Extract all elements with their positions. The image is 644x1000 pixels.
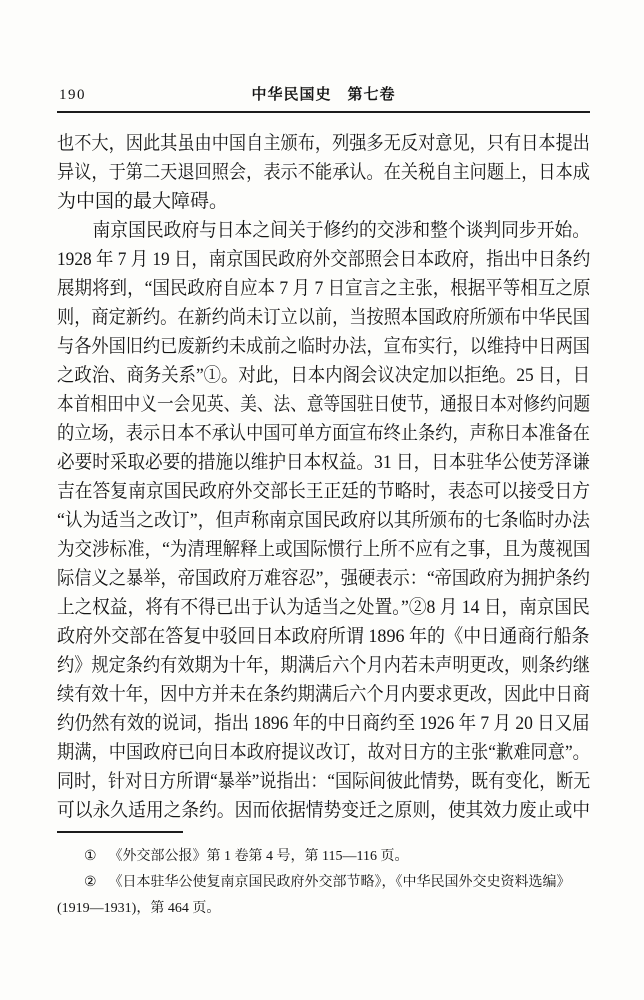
text-line: 约仍然有效的说词，指出 1896 年的中日商约至 1926 年 7 月 20 日… <box>57 709 547 738</box>
footnote-line: ②《日本驻华公使复南京国民政府外交部节略》，《中华民国外交史资料选编》 <box>57 870 590 896</box>
text-line: 约》规定条约有效期为十年，期满后六个月内若未声明更改，则条约继 <box>57 651 539 680</box>
text-line: 异议，于第二天退回照会，表示不能承认。在关税自主问题上，日本成 <box>57 158 539 187</box>
footnote-separator <box>57 831 183 833</box>
text-line: 政府外交部在答复中驳回日本政府所谓 1896 年的《中日通商行船条 <box>57 622 563 651</box>
footnote-line: (1919—1931)，第 464 页。 <box>57 896 590 922</box>
text-line: 为交涉标准，“为清理解释上或国际惯行上所不应有之事，且为蔑视国 <box>57 535 549 564</box>
text-line: “认为适当之改订”，但声称南京国民政府以其所颁布的七条临时办法 <box>57 506 557 535</box>
text-line: 上之权益，将有不得已出于认为适当之处置。”②8 月 14 日，南京国民 <box>57 593 552 622</box>
text-line: 则，商定新约。在新约尚未订立以前，当按照本国政府所颁布中华民国 <box>57 303 539 332</box>
text-line: 为中国的最大障碍。 <box>57 187 590 216</box>
text-line: 际信义之暴举，帝国政府万难容忍”，强硬表示：“帝国政府为拥护条约 <box>57 564 541 593</box>
text-line: 同时，针对日方所谓“暴举”说指出：“国际间彼此情势，既有变化，断无 <box>57 767 534 796</box>
text-line: 必要时采取必要的措施以维护日本权益。31 日，日本驻华公使芳泽谦 <box>57 448 551 477</box>
text-line: 也不大，因此其虽由中国自主颁布，列强多无反对意见，只有日本提出 <box>57 129 539 158</box>
running-head-title: 中华民国史 第七卷 <box>57 87 590 104</box>
text-line: 可以永久适用之条约。因而依据情势变迁之原则，使其效力废止或中 <box>57 796 555 825</box>
text-line: 1928 年 7 月 19 日，南京国民政府外交部照会日本政府，指出中日条约 <box>57 245 543 274</box>
footnote-line: ①《外交部公报》第 1 卷第 4 号，第 115—116 页。 <box>57 844 590 870</box>
text-line: 吉在答复南京国民政府外交部长王正廷的节略时，表态可以接受日方 <box>57 477 555 506</box>
text-line: 续有效十年，因中方并未在条约期满后六个月内要求更改，因此中日商 <box>57 680 539 709</box>
footnote-text: 《日本驻华公使复南京国民政府外交部节略》，《中华民国外交史资料选编》 <box>109 875 571 890</box>
text-line: 之政治、商务关系”①。对此，日本内阁会议决定加以拒绝。25 日，日 <box>57 361 544 390</box>
book-page: 190 中华民国史 第七卷 也不大，因此其虽由中国自主颁布，列强多无反对意见，只… <box>0 0 644 1000</box>
text-line: 南京国民政府与日本之间关于修约的交涉和整个谈判同步开始。 <box>57 216 555 245</box>
running-header: 190 中华民国史 第七卷 <box>57 87 590 104</box>
text-line: 展期将到，“国民政府自应本 7 月 7 日宣言之主张，根据平等相互之原 <box>57 274 549 303</box>
text-line: 本首相田中义一会见英、美、法、意等国驻日使节，通报日本对修约问题 <box>57 390 524 419</box>
footnote-marker: ② <box>84 875 97 890</box>
footnote-marker: ① <box>84 849 97 864</box>
header-rule <box>57 111 590 113</box>
body-text: 也不大，因此其虽由中国自主颁布，列强多无反对意见，只有日本提出异议，于第二天退回… <box>57 129 590 825</box>
footnote-text: 《外交部公报》第 1 卷第 4 号，第 115—116 页。 <box>109 849 409 864</box>
footnotes: ①《外交部公报》第 1 卷第 4 号，第 115—116 页。②《日本驻华公使复… <box>57 844 590 922</box>
text-line: 期满，中国政府已向日本政府提议改订，故对日方的主张“歉难同意”。 <box>57 738 541 767</box>
text-line: 的立场，表示日本不承认中国可单方面宣布终止条约，声称日本准备在 <box>57 419 539 448</box>
text-line: 与各外国旧约已废新约未成前之临时办法，宣布实行，以维持中日两国 <box>57 332 539 361</box>
